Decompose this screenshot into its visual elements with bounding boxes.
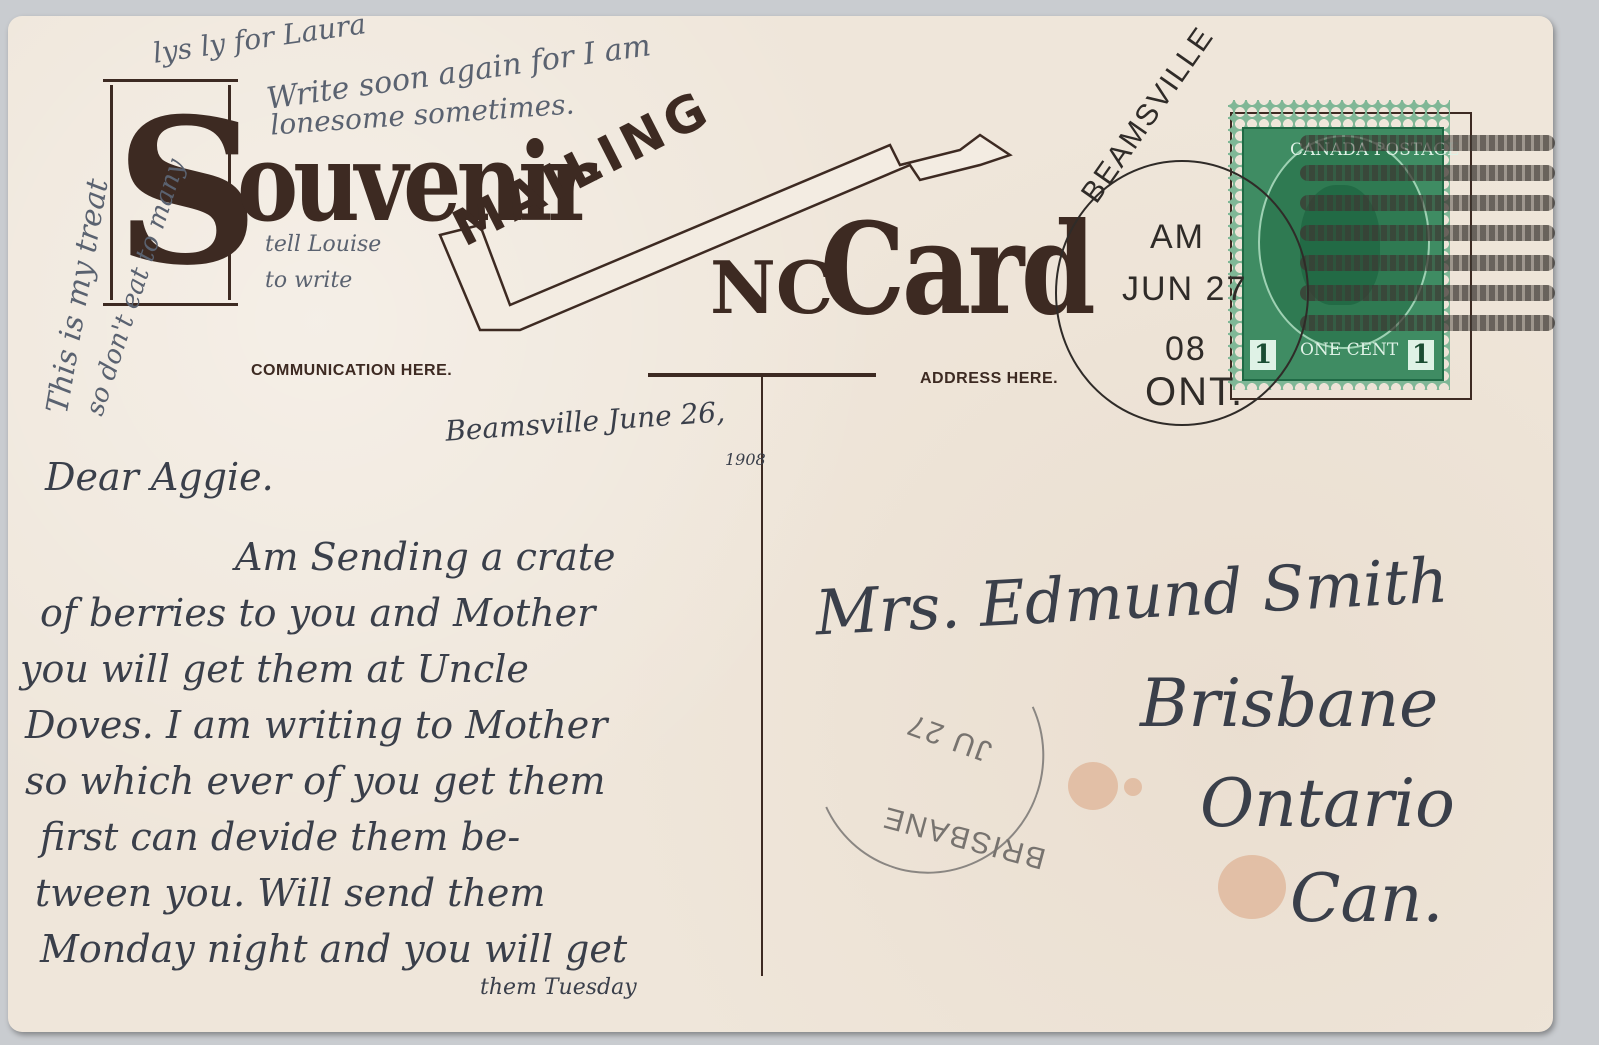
stain — [1124, 778, 1142, 796]
letter-salutation: Dear Aggie. — [45, 455, 274, 499]
letter-line: tween you. Will send them — [35, 871, 545, 915]
letter-line: so which ever of you get them — [25, 759, 605, 803]
letter-line: them Tuesday — [480, 975, 637, 1000]
address-label: ADDRESS HERE. — [920, 370, 1058, 388]
letter-line: Doves. I am writing to Mother — [25, 703, 607, 747]
publisher-monogram: NC — [710, 245, 833, 330]
letter-line: you will get them at Uncle — [20, 647, 529, 691]
communication-label: COMMUNICATION HERE. — [251, 362, 452, 380]
margin-note-tell2: to write — [265, 268, 352, 293]
cancellation-bars-icon — [1300, 135, 1555, 345]
margin-note-tell: tell Louise — [265, 232, 381, 257]
letter-line: first can devide them be- — [40, 815, 520, 859]
postmark-date: JUN 27 — [1122, 270, 1247, 309]
card-heading: Card — [820, 195, 1092, 343]
stain — [1068, 762, 1118, 810]
address-country: Can. — [1290, 860, 1443, 937]
address-town: Brisbane — [1140, 665, 1438, 742]
stain — [1218, 855, 1286, 919]
letter-year: 1908 — [725, 450, 766, 469]
postmark-time: AM — [1150, 218, 1205, 257]
postmark-year: 08 — [1165, 330, 1207, 369]
postmark-province: ONT. — [1145, 370, 1244, 415]
letter-line: of berries to you and Mother — [40, 591, 595, 635]
address-province: Ontario — [1200, 765, 1455, 842]
letter-line: Am Sending a crate — [235, 535, 616, 579]
letter-line: Monday night and you will get — [40, 927, 627, 971]
